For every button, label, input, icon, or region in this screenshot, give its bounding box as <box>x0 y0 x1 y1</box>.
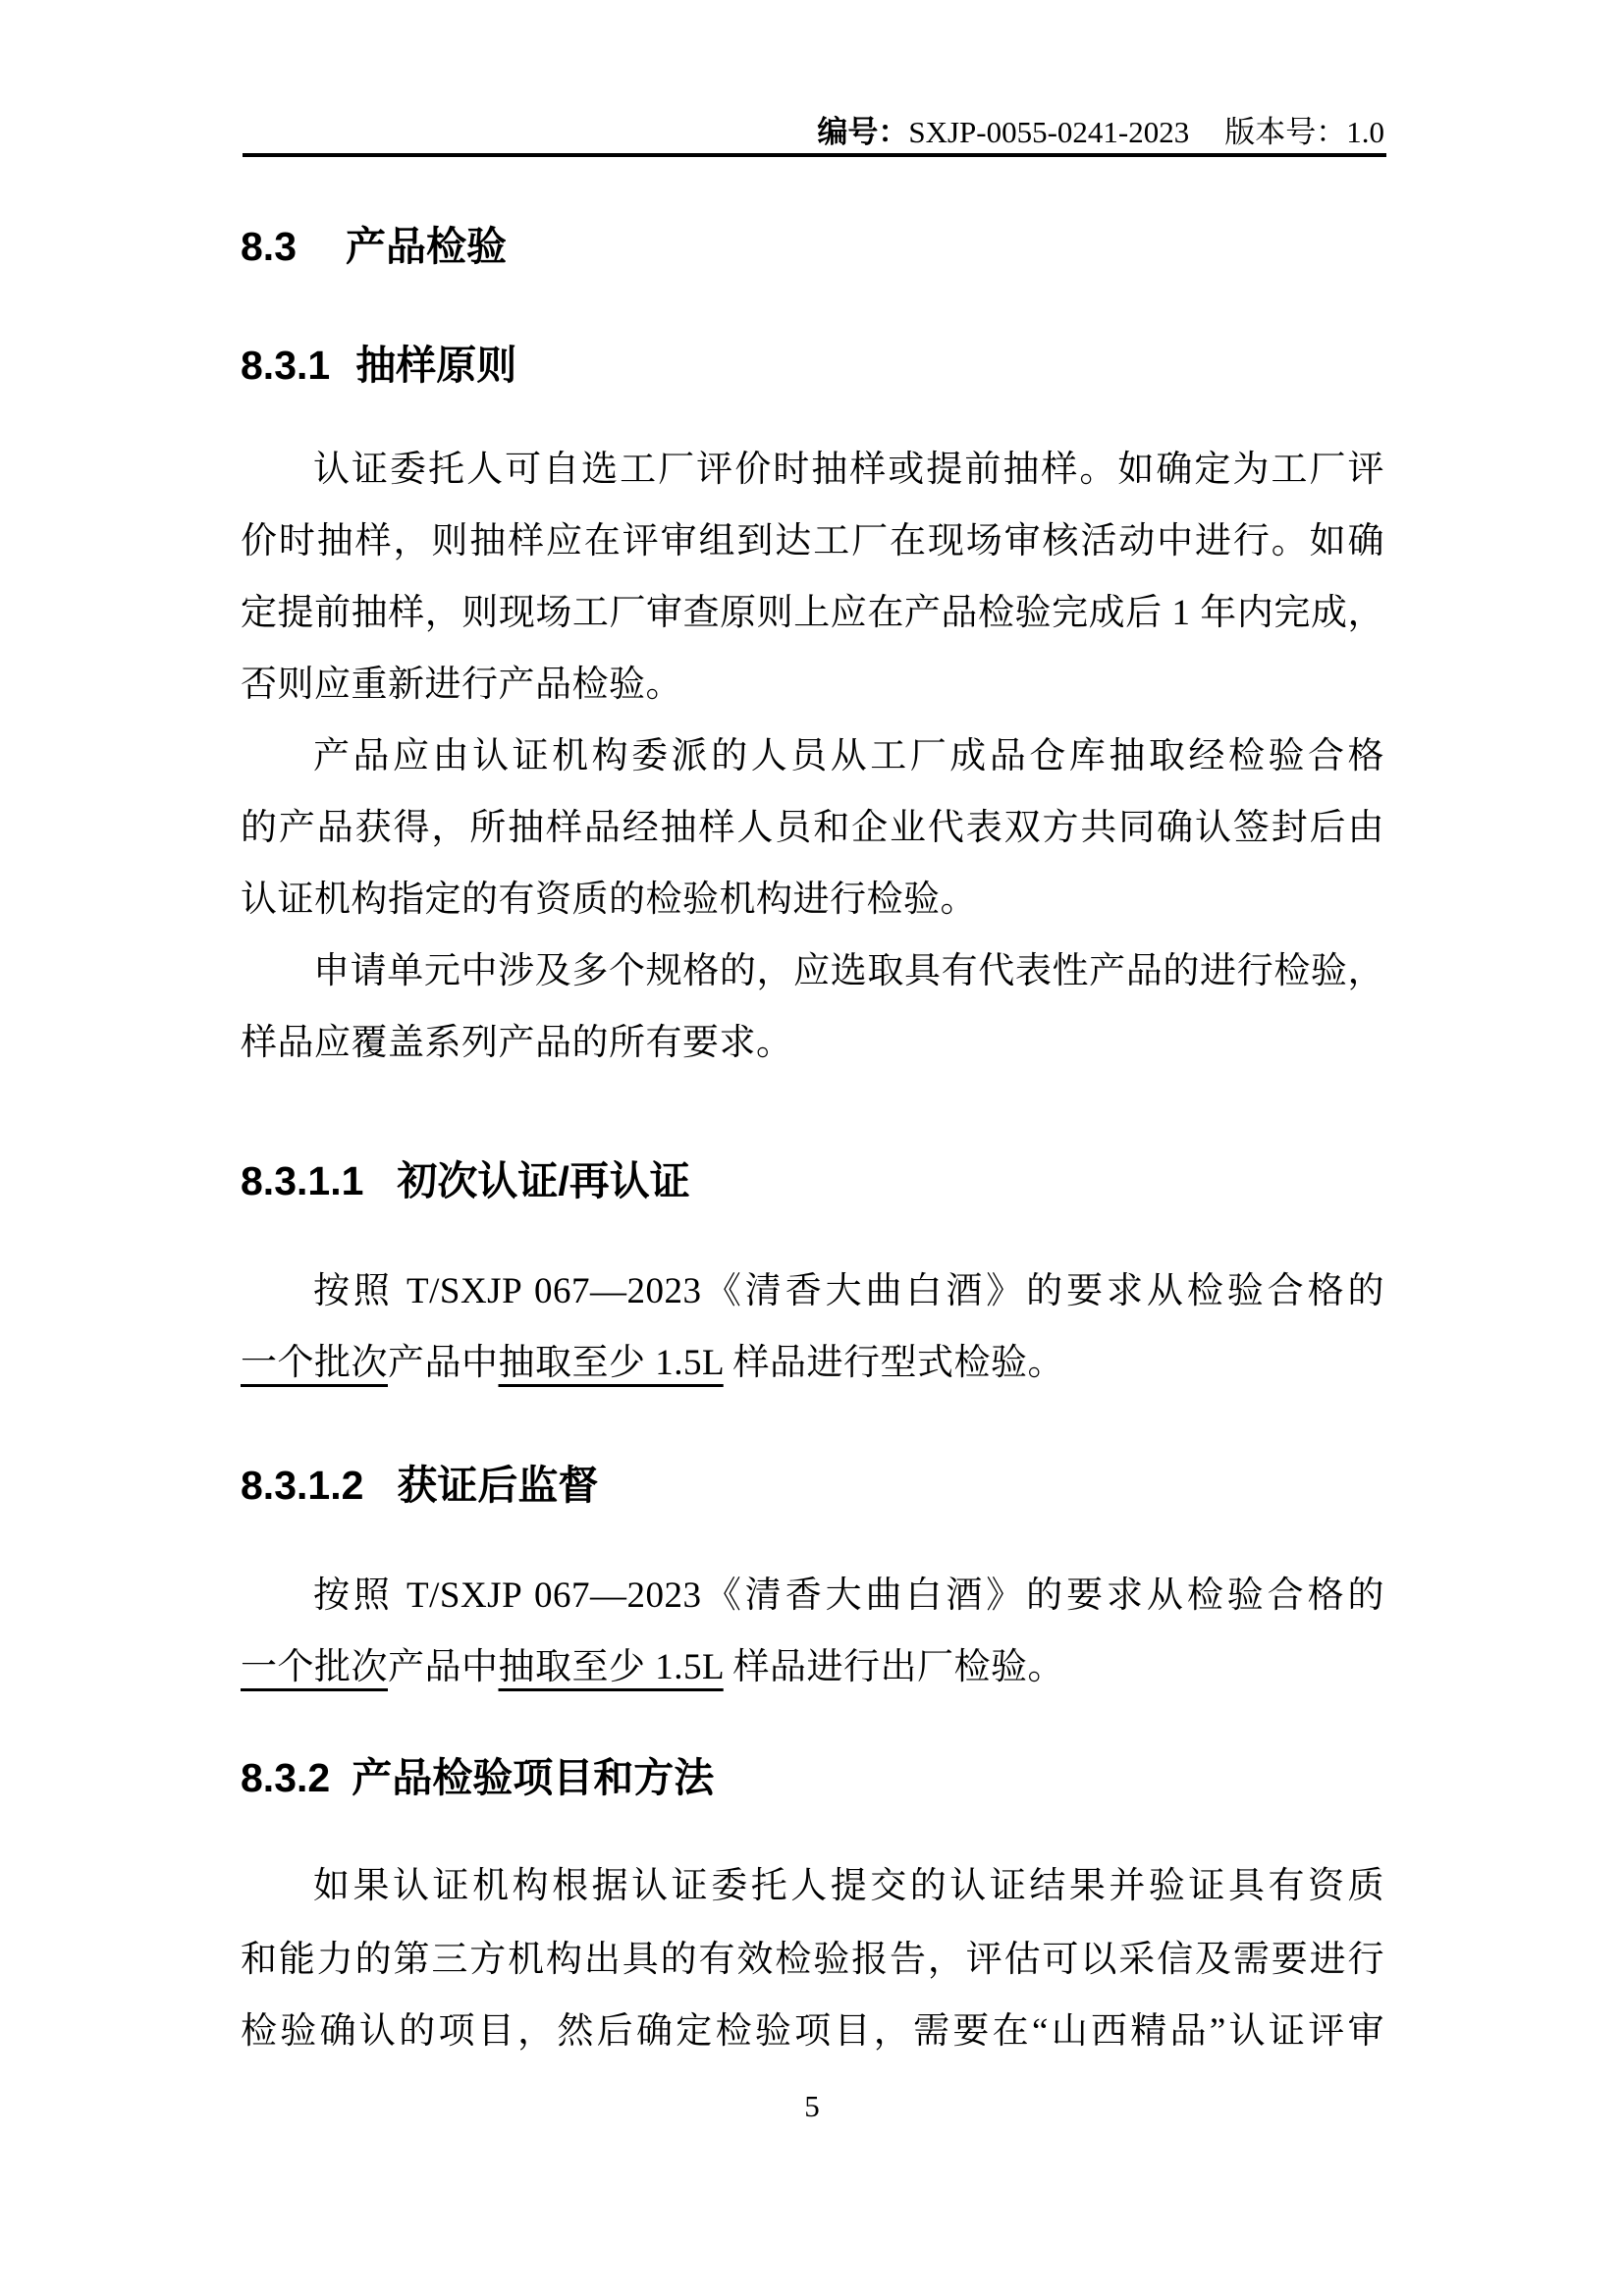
body-line: 产品应由认证机构委派的人员从工厂成品仓库抽取经检验合格 <box>241 733 1384 780</box>
body-line: 认证机构指定的有资质的检验机构进行检验。 <box>241 877 1384 924</box>
body-line: 如果认证机构根据认证委托人提交的认证结果并验证具有资质 <box>241 1863 1384 1910</box>
doc-number-value: SXJP-0055-0241-2023 <box>908 115 1189 149</box>
page-number: 5 <box>0 2089 1624 2124</box>
heading-title: 产品检验项目和方法 <box>352 1755 714 1800</box>
heading-number: 8.3.1 <box>241 343 330 389</box>
version-value: 1.0 <box>1346 115 1384 149</box>
heading-8-3-2: 8.3.2产品检验项目和方法 <box>241 1755 1384 1801</box>
heading-title: 获证后监督 <box>397 1463 598 1508</box>
underlined-text: 一个批次 <box>241 1343 388 1383</box>
page-header: 编号：SXJP-0055-0241-2023版本号：1.0 <box>241 116 1384 149</box>
underlined-text: 抽取至少 1.5L <box>499 1343 724 1383</box>
body-line: 的产品获得，所抽样品经抽样人员和企业代表双方共同确认签封后由 <box>241 805 1384 852</box>
body-line: 一个批次产品中抽取至少 1.5L 样品进行出厂检验。 <box>241 1644 1384 1691</box>
heading-title: 产品检验 <box>346 224 507 269</box>
heading-number: 8.3.2 <box>241 1755 330 1801</box>
version-label: 版本号： <box>1224 115 1346 149</box>
doc-number-label: 编号： <box>817 115 908 149</box>
heading-8-3: 8.3产品检验 <box>241 224 1384 270</box>
underlined-text: 抽取至少 1.5L <box>499 1647 724 1687</box>
heading-number: 8.3 <box>241 224 297 270</box>
body-line: 申请单元中涉及多个规格的，应选取具有代表性产品的进行检验， <box>241 948 1384 995</box>
body-line: 按照 T/SXJP 067—2023《清香大曲白酒》的要求从检验合格的 <box>241 1573 1384 1620</box>
body-text: 产品中 <box>388 1343 499 1383</box>
body-line: 认证委托人可自选工厂评价时抽样或提前抽样。如确定为工厂评 <box>241 447 1384 494</box>
body-line: 价时抽样，则抽样应在评审组到达工厂在现场审核活动中进行。如确 <box>241 518 1384 565</box>
document-page: 编号：SXJP-0055-0241-2023版本号：1.0 8.3产品检验 8.… <box>0 0 1624 2296</box>
heading-8-3-1-2: 8.3.1.2获证后监督 <box>241 1463 1384 1509</box>
heading-8-3-1-1: 8.3.1.1初次认证/再认证 <box>241 1158 1384 1204</box>
heading-title: 抽样原则 <box>355 343 516 388</box>
heading-number: 8.3.1.2 <box>241 1463 363 1509</box>
body-line: 样品应覆盖系列产品的所有要求。 <box>241 1020 1384 1067</box>
heading-title: 初次认证/再认证 <box>397 1158 689 1203</box>
header-rule <box>243 153 1386 157</box>
body-line: 定提前抽样，则现场工厂审查原则上应在产品检验完成后 1 年内完成， <box>241 590 1384 637</box>
body-line: 否则应重新进行产品检验。 <box>241 662 1384 709</box>
body-text: 样品进行型式检验。 <box>724 1343 1064 1383</box>
underlined-text: 一个批次 <box>241 1647 388 1687</box>
heading-number: 8.3.1.1 <box>241 1158 363 1204</box>
body-line: 检验确认的项目，然后确定检验项目，需要在“山西精品”认证评审 <box>241 2008 1384 2056</box>
body-line: 按照 T/SXJP 067—2023《清香大曲白酒》的要求从检验合格的 <box>241 1268 1384 1315</box>
body-line: 和能力的第三方机构出具的有效检验报告，评估可以采信及需要进行 <box>241 1937 1384 1984</box>
body-text: 产品中 <box>388 1647 499 1687</box>
body-text: 样品进行出厂检验。 <box>724 1647 1064 1687</box>
heading-8-3-1: 8.3.1抽样原则 <box>241 343 1384 389</box>
body-line: 一个批次产品中抽取至少 1.5L 样品进行型式检验。 <box>241 1340 1384 1387</box>
